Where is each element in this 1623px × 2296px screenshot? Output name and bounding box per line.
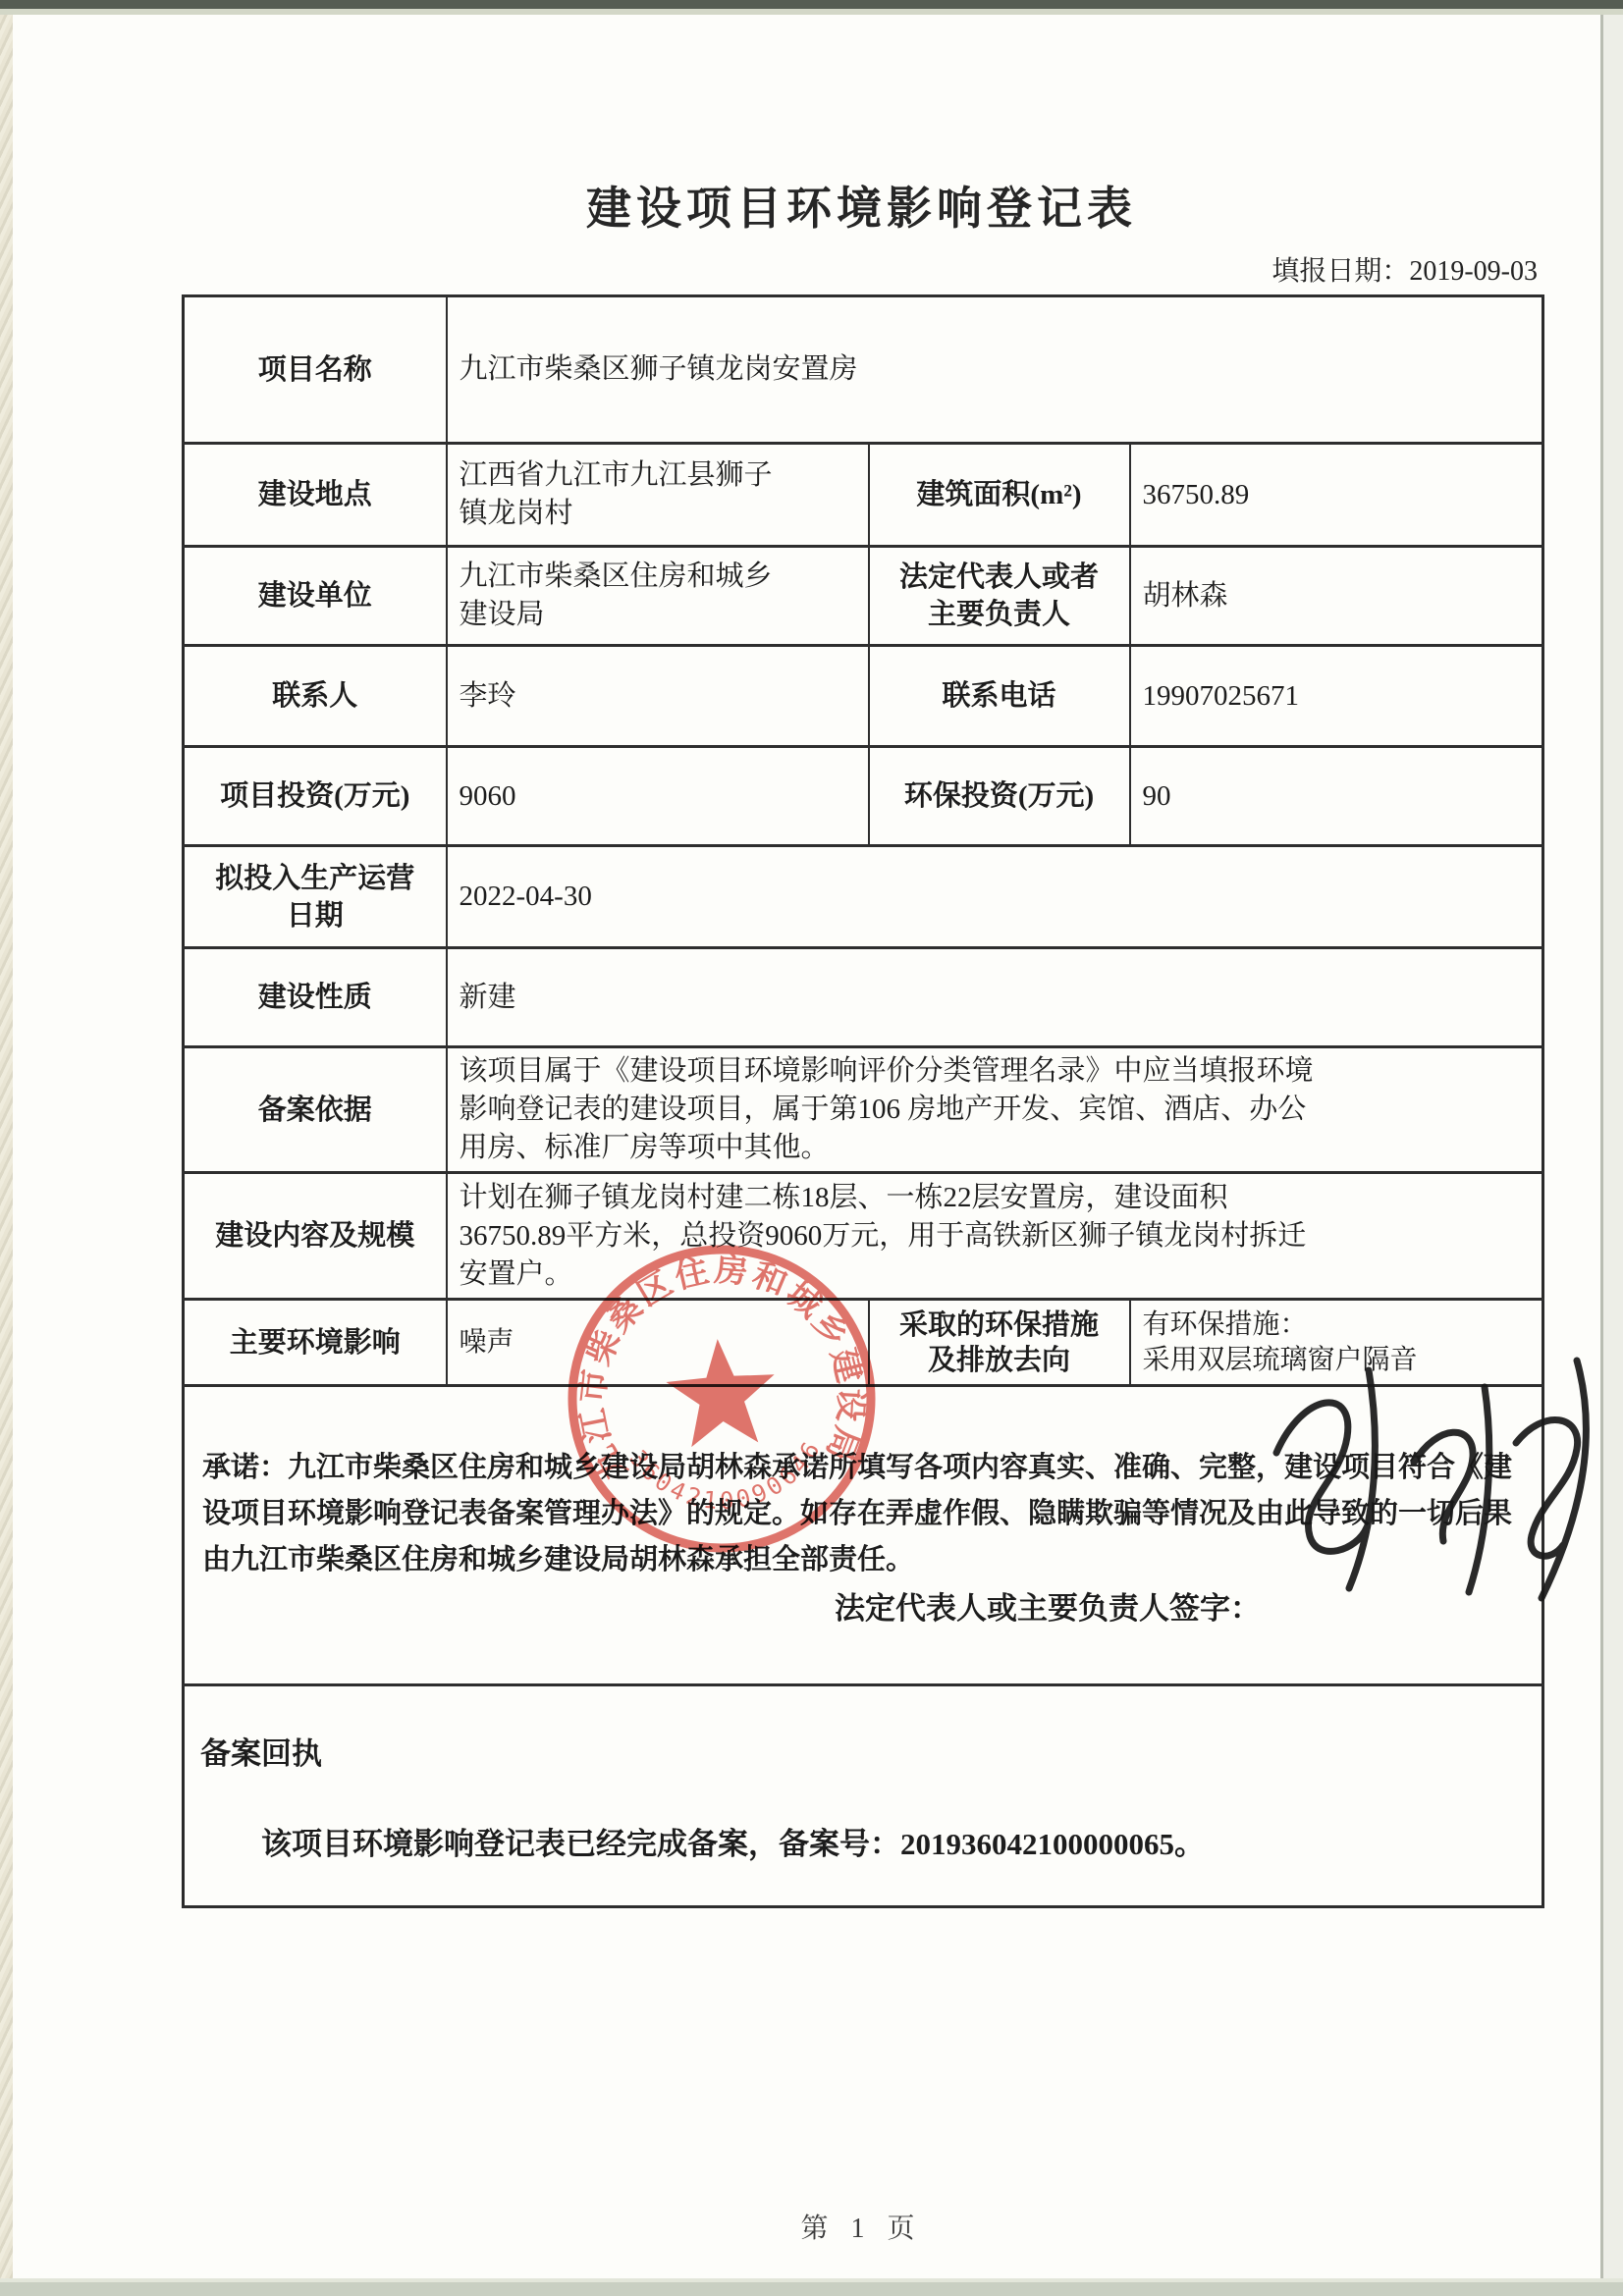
row-label: 备案依据: [184, 1047, 447, 1173]
row-value: 江西省九江市九江县狮子 镇龙岗村: [447, 444, 869, 547]
receipt-section: 备案回执 该项目环境影响登记表已经完成备案，备案号：20193604210000…: [184, 1685, 1543, 1907]
row-value: 九江市柴桑区住房和城乡 建设局: [447, 547, 869, 646]
row-label: 主要环境影响: [184, 1300, 447, 1386]
scan-edge-top: [0, 0, 1623, 9]
receipt-heading: 备案回执: [200, 1729, 1526, 1773]
row-value: 胡林森: [1130, 547, 1543, 646]
row-label: 建筑面积(m²): [869, 444, 1130, 547]
row-value: 19907025671: [1130, 646, 1543, 747]
page-title: 建设项目环境影响登记表: [182, 173, 1542, 238]
row-label: 拟投入生产运营 日期: [184, 846, 447, 948]
row-value: 有环保措施： 采用双层琉璃窗户隔音: [1130, 1300, 1543, 1386]
scanned-document-page: { "document": { "title": "建设项目环境影响登记表", …: [0, 0, 1623, 2296]
table-row-receipt: 备案回执 该项目环境影响登记表已经完成备案，备案号：20193604210000…: [184, 1685, 1543, 1907]
commitment-prefix: 承诺：: [202, 1452, 288, 1483]
scan-edge-bottom: [0, 2282, 1623, 2296]
row-value: 九江市柴桑区狮子镇龙岗安置房: [447, 296, 1543, 444]
signature-label: 法定代表人或主要负责人签字：: [202, 1585, 1524, 1631]
table-row-filing-basis: 备案依据 该项目属于《建设项目环境影响评价分类管理名录》中应当填报环境 影响登记…: [184, 1047, 1543, 1173]
registration-table: 项目名称 九江市柴桑区狮子镇龙岗安置房 建设地点 江西省九江市九江县狮子 镇龙岗…: [182, 294, 1544, 1908]
table-row-commitment: 承诺：九江市柴桑区住房和城乡建设局胡林森承诺所填写各项内容真实、准确、完整，建设…: [184, 1386, 1543, 1685]
row-value: 李玲: [447, 646, 869, 747]
fill-date: 填报日期：2019-09-03: [182, 249, 1538, 289]
scan-edge-right-line: [1600, 15, 1603, 2282]
table-row-contact: 联系人 李玲 联系电话 19907025671: [184, 646, 1543, 747]
commitment-section: 承诺：九江市柴桑区住房和城乡建设局胡林森承诺所填写各项内容真实、准确、完整，建设…: [184, 1386, 1543, 1685]
row-label: 建设地点: [184, 444, 447, 547]
receipt-text: 该项目环境影响登记表已经完成备案，备案号：201936042100000065。: [200, 1819, 1526, 1863]
row-label: 联系人: [184, 646, 447, 747]
row-label: 联系电话: [869, 646, 1130, 747]
commitment-text: 九江市柴桑区住房和城乡建设局胡林森承诺所填写各项内容真实、准确、完整，建设项目符…: [202, 1452, 1512, 1575]
row-label: 项目投资(万元): [184, 747, 447, 846]
row-value: 新建: [447, 948, 1543, 1047]
scan-edge-top-light: [0, 9, 1623, 15]
table-row-project-name: 项目名称 九江市柴桑区狮子镇龙岗安置房: [184, 296, 1543, 444]
row-label: 法定代表人或者 主要负责人: [869, 547, 1130, 646]
table-row-content-scale: 建设内容及规模 计划在狮子镇龙岗村建二栋18层、一栋22层安置房，建设面积 36…: [184, 1173, 1543, 1300]
row-value: 36750.89: [1130, 444, 1543, 547]
row-label: 环保投资(万元): [869, 747, 1130, 846]
table-row-unit-representative: 建设单位 九江市柴桑区住房和城乡 建设局 法定代表人或者 主要负责人 胡林森: [184, 547, 1543, 646]
table-row-construction-nature: 建设性质 新建: [184, 948, 1543, 1047]
table-row-environment-impact: 主要环境影响 噪声 采取的环保措施 及排放去向 有环保措施： 采用双层琉璃窗户隔…: [184, 1300, 1543, 1386]
table-row-investment: 项目投资(万元) 9060 环保投资(万元) 90: [184, 747, 1543, 846]
row-label: 建设内容及规模: [184, 1173, 447, 1300]
row-value: 9060: [447, 747, 869, 846]
row-label: 建设性质: [184, 948, 447, 1047]
row-label: 建设单位: [184, 547, 447, 646]
row-value: 噪声: [447, 1300, 869, 1386]
table-row-operation-date: 拟投入生产运营 日期 2022-04-30: [184, 846, 1543, 948]
row-value: 计划在狮子镇龙岗村建二栋18层、一栋22层安置房，建设面积 36750.89平方…: [447, 1173, 1543, 1300]
row-value: 该项目属于《建设项目环境影响评价分类管理名录》中应当填报环境 影响登记表的建设项…: [447, 1047, 1543, 1173]
scan-edge-right-band: [1603, 15, 1623, 2296]
row-value: 90: [1130, 747, 1543, 846]
scan-edge-left-texture: [0, 15, 13, 2296]
row-label: 项目名称: [184, 296, 447, 444]
page-number: 第 1 页: [182, 2207, 1542, 2246]
row-value: 2022-04-30: [447, 846, 1543, 948]
table-row-location-area: 建设地点 江西省九江市九江县狮子 镇龙岗村 建筑面积(m²) 36750.89: [184, 444, 1543, 547]
row-label: 采取的环保措施 及排放去向: [869, 1300, 1130, 1386]
